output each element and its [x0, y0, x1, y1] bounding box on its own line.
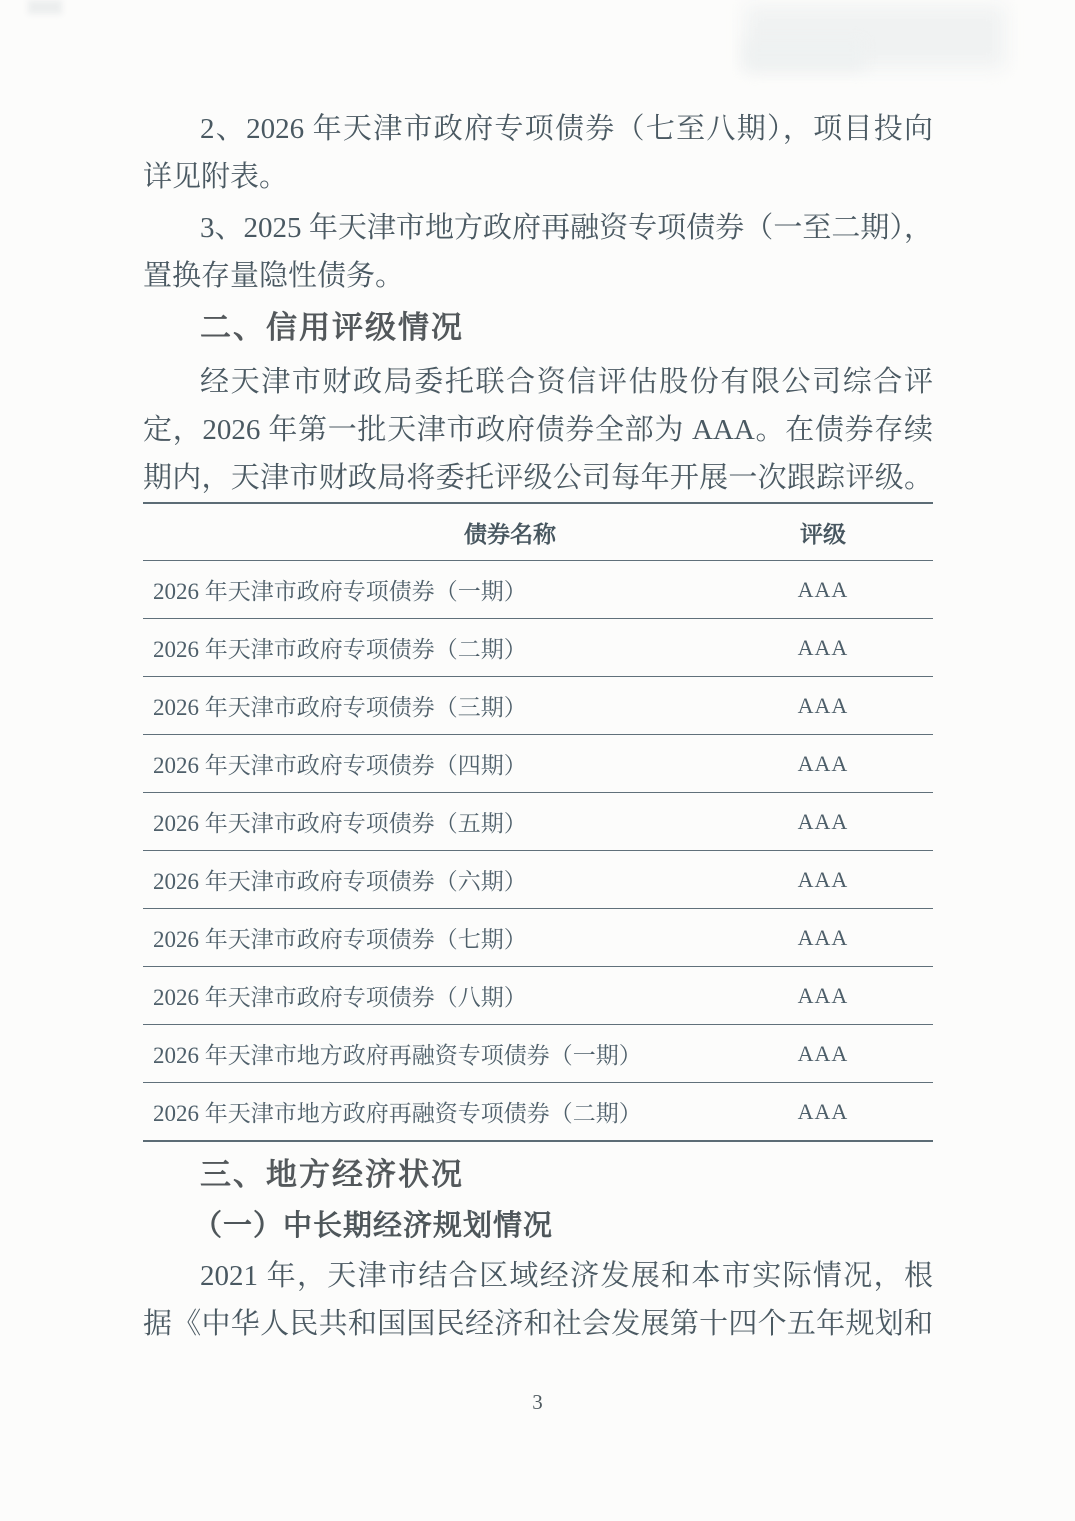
bond-rating-cell: AAA: [713, 983, 933, 1009]
section-3-heading: 三、地方经济状况: [143, 1152, 933, 1198]
bond-rating-cell: AAA: [713, 577, 933, 603]
paragraph-3-line-1: 3、2025 年天津市地方政府再融资专项债券（一至二期），: [143, 204, 933, 252]
section-3-para-line-2: 据《中华人民共和国国民经济和社会发展第十四个五年规划和: [143, 1300, 933, 1348]
table-row: 2026 年天津市政府专项债券（四期） AAA: [143, 735, 933, 793]
bond-name-cell: 2026 年天津市政府专项债券（五期）: [143, 805, 713, 838]
table-row: 2026 年天津市政府专项债券（一期） AAA: [143, 561, 933, 619]
bond-name-cell: 2026 年天津市地方政府再融资专项债券（一期）: [143, 1037, 713, 1070]
table-row: 2026 年天津市政府专项债券（六期） AAA: [143, 851, 933, 909]
bond-name-cell: 2026 年天津市地方政府再融资专项债券（二期）: [143, 1095, 713, 1128]
bond-name-cell: 2026 年天津市政府专项债券（八期）: [143, 979, 713, 1012]
bond-name-header: 债券名称: [143, 516, 713, 549]
paragraph-2-line-1: 2、2026 年天津市政府专项债券（七至八期），项目投向: [143, 105, 933, 153]
bond-name-cell: 2026 年天津市政府专项债券（七期）: [143, 921, 713, 954]
page-content: 2、2026 年天津市政府专项债券（七至八期），项目投向 详见附表。 3、202…: [143, 0, 933, 1348]
section-2-para-line-2: 定，2026 年第一批天津市政府债券全部为 AAA。在债券存续: [143, 406, 933, 454]
top-margin: [143, 0, 933, 105]
bond-rating-cell: AAA: [713, 867, 933, 893]
rating-header: 评级: [713, 516, 933, 549]
section-2-heading: 二、信用评级情况: [143, 304, 933, 352]
paragraph-3-line-2: 置换存量隐性债务。: [143, 252, 933, 300]
bond-rating-cell: AAA: [713, 635, 933, 661]
table-header-row: 债券名称 评级: [143, 504, 933, 561]
table-row: 2026 年天津市地方政府再融资专项债券（二期） AAA: [143, 1083, 933, 1140]
bond-rating-cell: AAA: [713, 693, 933, 719]
bond-name-cell: 2026 年天津市政府专项债券（一期）: [143, 573, 713, 606]
table-row: 2026 年天津市政府专项债券（二期） AAA: [143, 619, 933, 677]
bond-rating-cell: AAA: [713, 809, 933, 835]
table-row: 2026 年天津市地方政府再融资专项债券（一期） AAA: [143, 1025, 933, 1083]
bond-name-cell: 2026 年天津市政府专项债券（三期）: [143, 689, 713, 722]
table-row: 2026 年天津市政府专项债券（七期） AAA: [143, 909, 933, 967]
table-row: 2026 年天津市政府专项债券（三期） AAA: [143, 677, 933, 735]
bond-rating-cell: AAA: [713, 751, 933, 777]
bond-name-cell: 2026 年天津市政府专项债券（二期）: [143, 631, 713, 664]
document-page: 2、2026 年天津市政府专项债券（七至八期），项目投向 详见附表。 3、202…: [0, 0, 1075, 1521]
table-row: 2026 年天津市政府专项债券（八期） AAA: [143, 967, 933, 1025]
bond-rating-cell: AAA: [713, 1099, 933, 1125]
bond-name-cell: 2026 年天津市政府专项债券（四期）: [143, 747, 713, 780]
credit-rating-table: 债券名称 评级 2026 年天津市政府专项债券（一期） AAA 2026 年天津…: [143, 502, 933, 1142]
paragraph-2-line-2: 详见附表。: [143, 153, 933, 201]
scan-artifact: [28, 0, 62, 14]
bond-rating-cell: AAA: [713, 925, 933, 951]
section-3-subheading: （一）中长期经济规划情况: [143, 1202, 933, 1248]
bond-rating-cell: AAA: [713, 1041, 933, 1067]
page-number: 3: [0, 1390, 1075, 1415]
table-row: 2026 年天津市政府专项债券（五期） AAA: [143, 793, 933, 851]
section-2-para-line-1: 经天津市财政局委托联合资信评估股份有限公司综合评: [143, 358, 933, 406]
bond-name-cell: 2026 年天津市政府专项债券（六期）: [143, 863, 713, 896]
section-3-para-line-1: 2021 年，天津市结合区域经济发展和本市实际情况，根: [143, 1252, 933, 1300]
section-2-para-line-3: 期内，天津市财政局将委托评级公司每年开展一次跟踪评级。: [143, 454, 933, 502]
